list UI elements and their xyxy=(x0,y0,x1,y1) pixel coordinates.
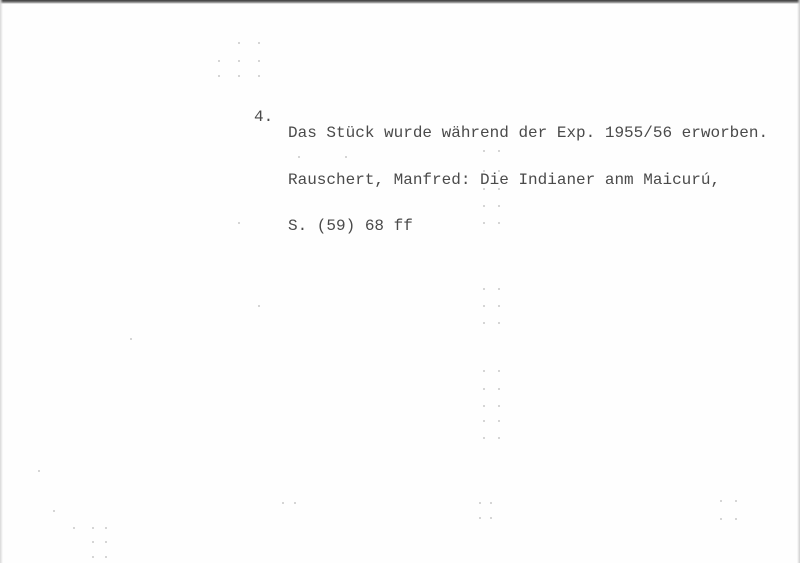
speckle xyxy=(483,420,485,422)
speckle xyxy=(498,170,500,172)
speckle xyxy=(258,42,260,44)
speckle xyxy=(130,338,132,340)
speckle xyxy=(294,502,296,504)
speckle xyxy=(483,222,485,224)
speckle xyxy=(483,305,485,307)
speckle xyxy=(479,517,481,519)
typed-text-block: Das Stück wurde während der Exp. 1955/56… xyxy=(288,95,768,266)
index-card: 4. Das Stück wurde während der Exp. 1955… xyxy=(0,0,800,563)
speckle xyxy=(498,305,500,307)
speckle xyxy=(38,470,40,472)
speckle xyxy=(483,170,485,172)
speckle xyxy=(498,420,500,422)
speckle xyxy=(258,305,260,307)
speckle xyxy=(498,205,500,207)
speckle xyxy=(298,156,300,158)
item-number: 4. xyxy=(254,110,273,126)
speckle xyxy=(238,75,240,77)
speckle xyxy=(218,60,220,62)
speckle xyxy=(720,518,722,520)
speckle xyxy=(238,42,240,44)
card-top-edge xyxy=(0,0,800,4)
acquisition-note: Das Stück wurde während der Exp. 1955/56… xyxy=(288,126,768,142)
speckle xyxy=(498,405,500,407)
speckle xyxy=(720,500,722,502)
speckle xyxy=(92,541,94,543)
speckle xyxy=(483,388,485,390)
speckle xyxy=(479,502,481,504)
speckle xyxy=(105,556,107,558)
speckle xyxy=(483,150,485,152)
speckle xyxy=(258,60,260,62)
speckle xyxy=(498,288,500,290)
speckle xyxy=(498,322,500,324)
speckle xyxy=(105,527,107,529)
speckle xyxy=(483,322,485,324)
speckle xyxy=(238,60,240,62)
speckle xyxy=(498,437,500,439)
speckle xyxy=(258,75,260,77)
speckle xyxy=(735,500,737,502)
speckle xyxy=(735,518,737,520)
speckle xyxy=(490,517,492,519)
speckle xyxy=(483,405,485,407)
speckle xyxy=(218,75,220,77)
speckle xyxy=(498,370,500,372)
speckle xyxy=(345,156,347,158)
speckle xyxy=(483,437,485,439)
page-reference: S. (59) 68 ff xyxy=(288,219,768,235)
speckle xyxy=(483,188,485,190)
speckle xyxy=(53,510,55,512)
speckle xyxy=(238,222,240,224)
speckle xyxy=(483,288,485,290)
speckle xyxy=(498,388,500,390)
speckle xyxy=(92,527,94,529)
speckle xyxy=(498,150,500,152)
speckle xyxy=(105,541,107,543)
speckle xyxy=(282,502,284,504)
speckle xyxy=(92,556,94,558)
speckle xyxy=(483,370,485,372)
speckle xyxy=(490,502,492,504)
speckle xyxy=(498,222,500,224)
speckle xyxy=(498,188,500,190)
speckle xyxy=(483,205,485,207)
speckle xyxy=(73,527,75,529)
card-left-edge xyxy=(0,0,3,563)
bibliographic-reference: Rauschert, Manfred: Die Indianer anm Mai… xyxy=(288,173,768,189)
